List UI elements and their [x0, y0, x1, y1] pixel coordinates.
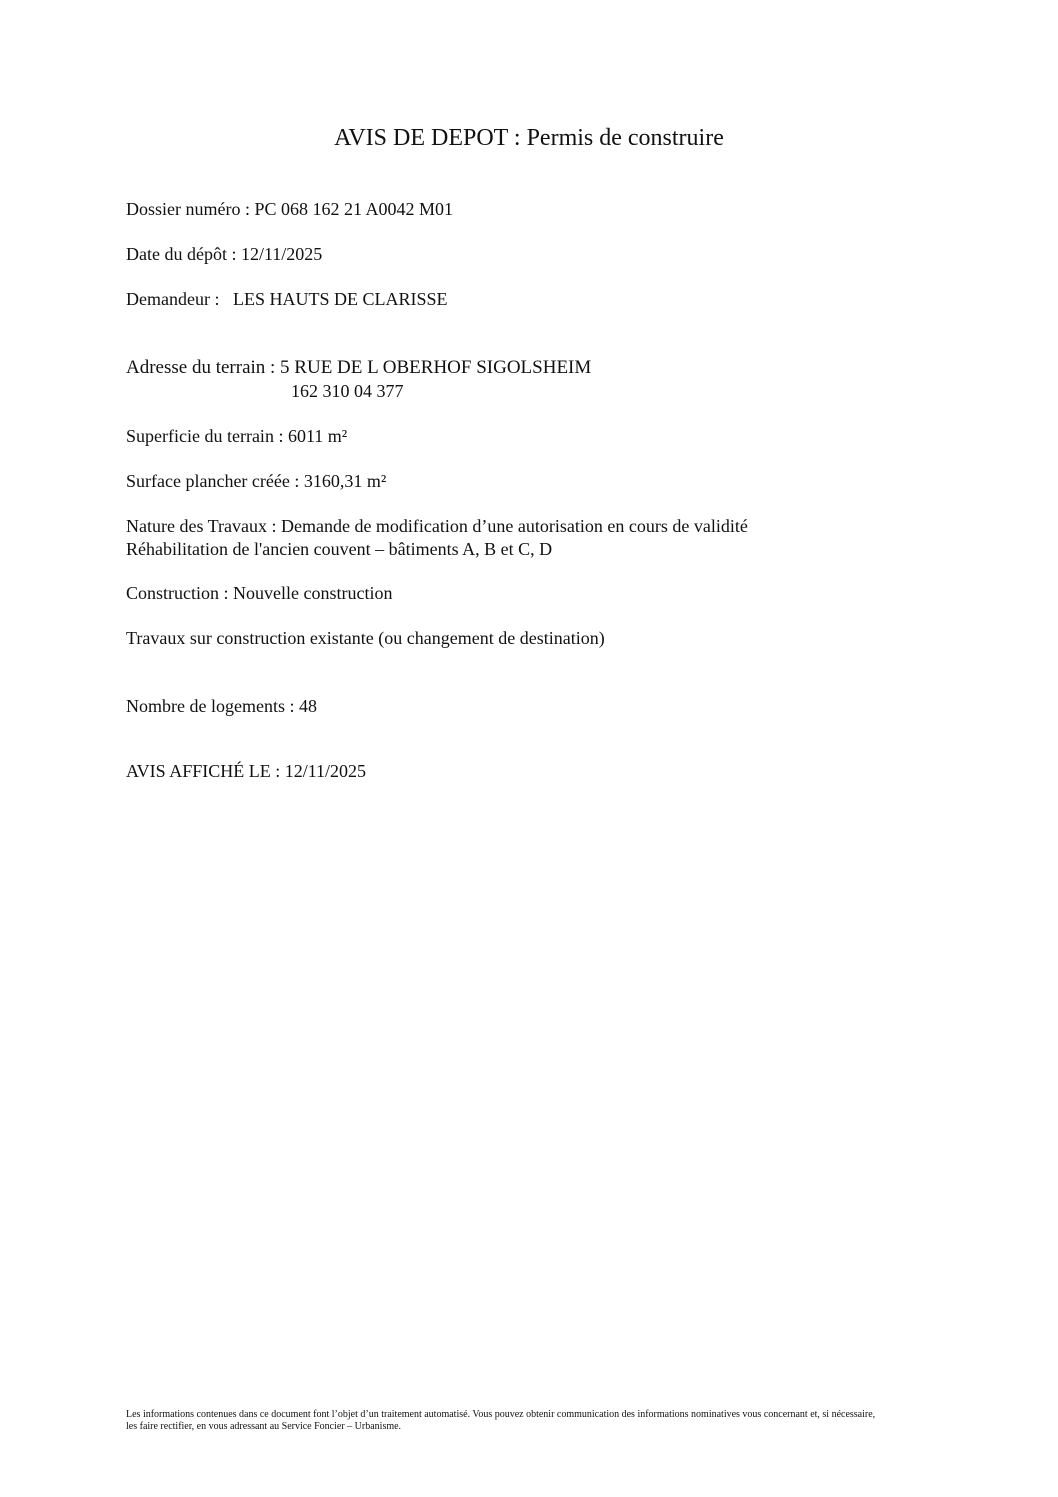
legal-footer: Les informations contenues dans ce docum…: [126, 1409, 936, 1433]
works-description: Réhabilitation de l'ancien couvent – bât…: [126, 539, 552, 560]
existing-construction-works: Travaux sur construction existante (ou c…: [126, 628, 605, 649]
construction-type: Construction : Nouvelle construction: [126, 583, 392, 604]
footer-line-2: les faire rectifier, en vous adressant a…: [126, 1421, 936, 1433]
land-area: Superficie du terrain : 6011 m²: [126, 426, 347, 447]
document-title: AVIS DE DEPOT : Permis de construire: [0, 125, 1058, 152]
footer-line-1: Les informations contenues dans ce docum…: [126, 1409, 936, 1421]
deposit-date: Date du dépôt : 12/11/2025: [126, 244, 322, 265]
applicant: Demandeur : LES HAUTS DE CLARISSE: [126, 289, 447, 310]
housing-count: Nombre de logements : 48: [126, 696, 317, 717]
posting-date: AVIS AFFICHÉ LE : 12/11/2025: [126, 761, 366, 782]
land-parcel-number: 162 310 04 377: [291, 381, 404, 402]
floor-area: Surface plancher créée : 3160,31 m²: [126, 471, 386, 492]
works-nature: Nature des Travaux : Demande de modifica…: [126, 516, 748, 537]
dossier-number: Dossier numéro : PC 068 162 21 A0042 M01: [126, 199, 453, 220]
land-address: Adresse du terrain : 5 RUE DE L OBERHOF …: [126, 357, 591, 379]
